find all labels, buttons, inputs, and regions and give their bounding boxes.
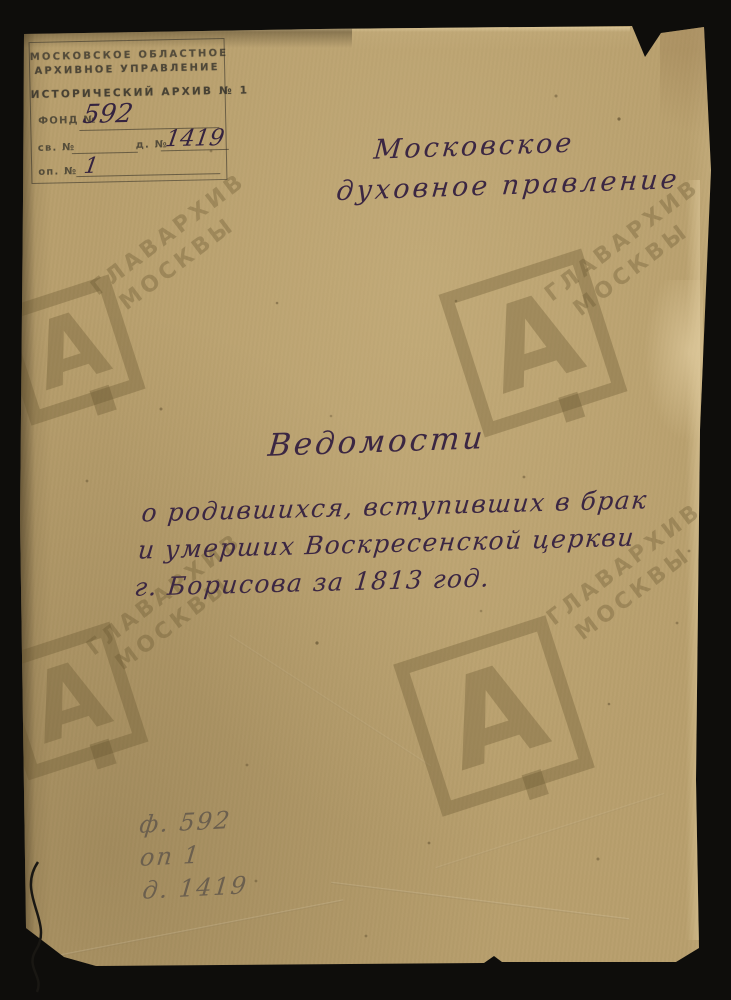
- stamp-org-line2: АРХИВНОЕ УПРАВЛЕНИЕ: [30, 62, 224, 77]
- header-inscription: Московское духовное правление: [335, 120, 685, 212]
- glavarkhiv-logo-icon: А: [393, 615, 595, 817]
- watermark-logo-letter: А: [429, 642, 559, 790]
- scan-backdrop: ГЛАВАРХИВ МОСКВЫ А ГЛАВАРХИВ МОСКВЫ А ГЛ…: [0, 0, 731, 1000]
- watermark-logo-letter: А: [22, 295, 118, 405]
- stamp-op-underline: [76, 173, 220, 177]
- paper-crease: [49, 899, 344, 958]
- paper-crease: [331, 882, 629, 921]
- stamp-op-label: оп. №: [38, 166, 77, 178]
- paper-crease: [229, 635, 431, 767]
- paper-speckles: [0, 0, 2, 2]
- watermark-logo-letter: А: [19, 644, 119, 758]
- stamp-fond-value: 592: [81, 99, 135, 130]
- footer-inscription: ф. 592 оп 1 д. 1419: [131, 803, 257, 909]
- footer-line3: д. 1419: [141, 869, 250, 908]
- watermark-logo-letter: А: [472, 274, 593, 412]
- stamp-org-line1: МОСКОВСКОЕ ОБЛАСТНОЕ: [30, 48, 224, 63]
- archive-file-cover: ГЛАВАРХИВ МОСКВЫ А ГЛАВАРХИВ МОСКВЫ А ГЛ…: [0, 0, 731, 1000]
- binding-thread: [8, 856, 68, 996]
- title-inscription: о родившихся, вступивших в брак и умерши…: [133, 481, 650, 606]
- title-heading: Ведомости: [266, 420, 487, 464]
- stamp-sv-underline: [72, 152, 138, 154]
- stamp-sv-label: св. №: [38, 142, 76, 154]
- paper-edge-highlight: [40, 27, 630, 32]
- archive-stamp: МОСКОВСКОЕ ОБЛАСТНОЕ АРХИВНОЕ УПРАВЛЕНИЕ…: [29, 38, 228, 184]
- stamp-delo-value: 1419: [164, 125, 227, 152]
